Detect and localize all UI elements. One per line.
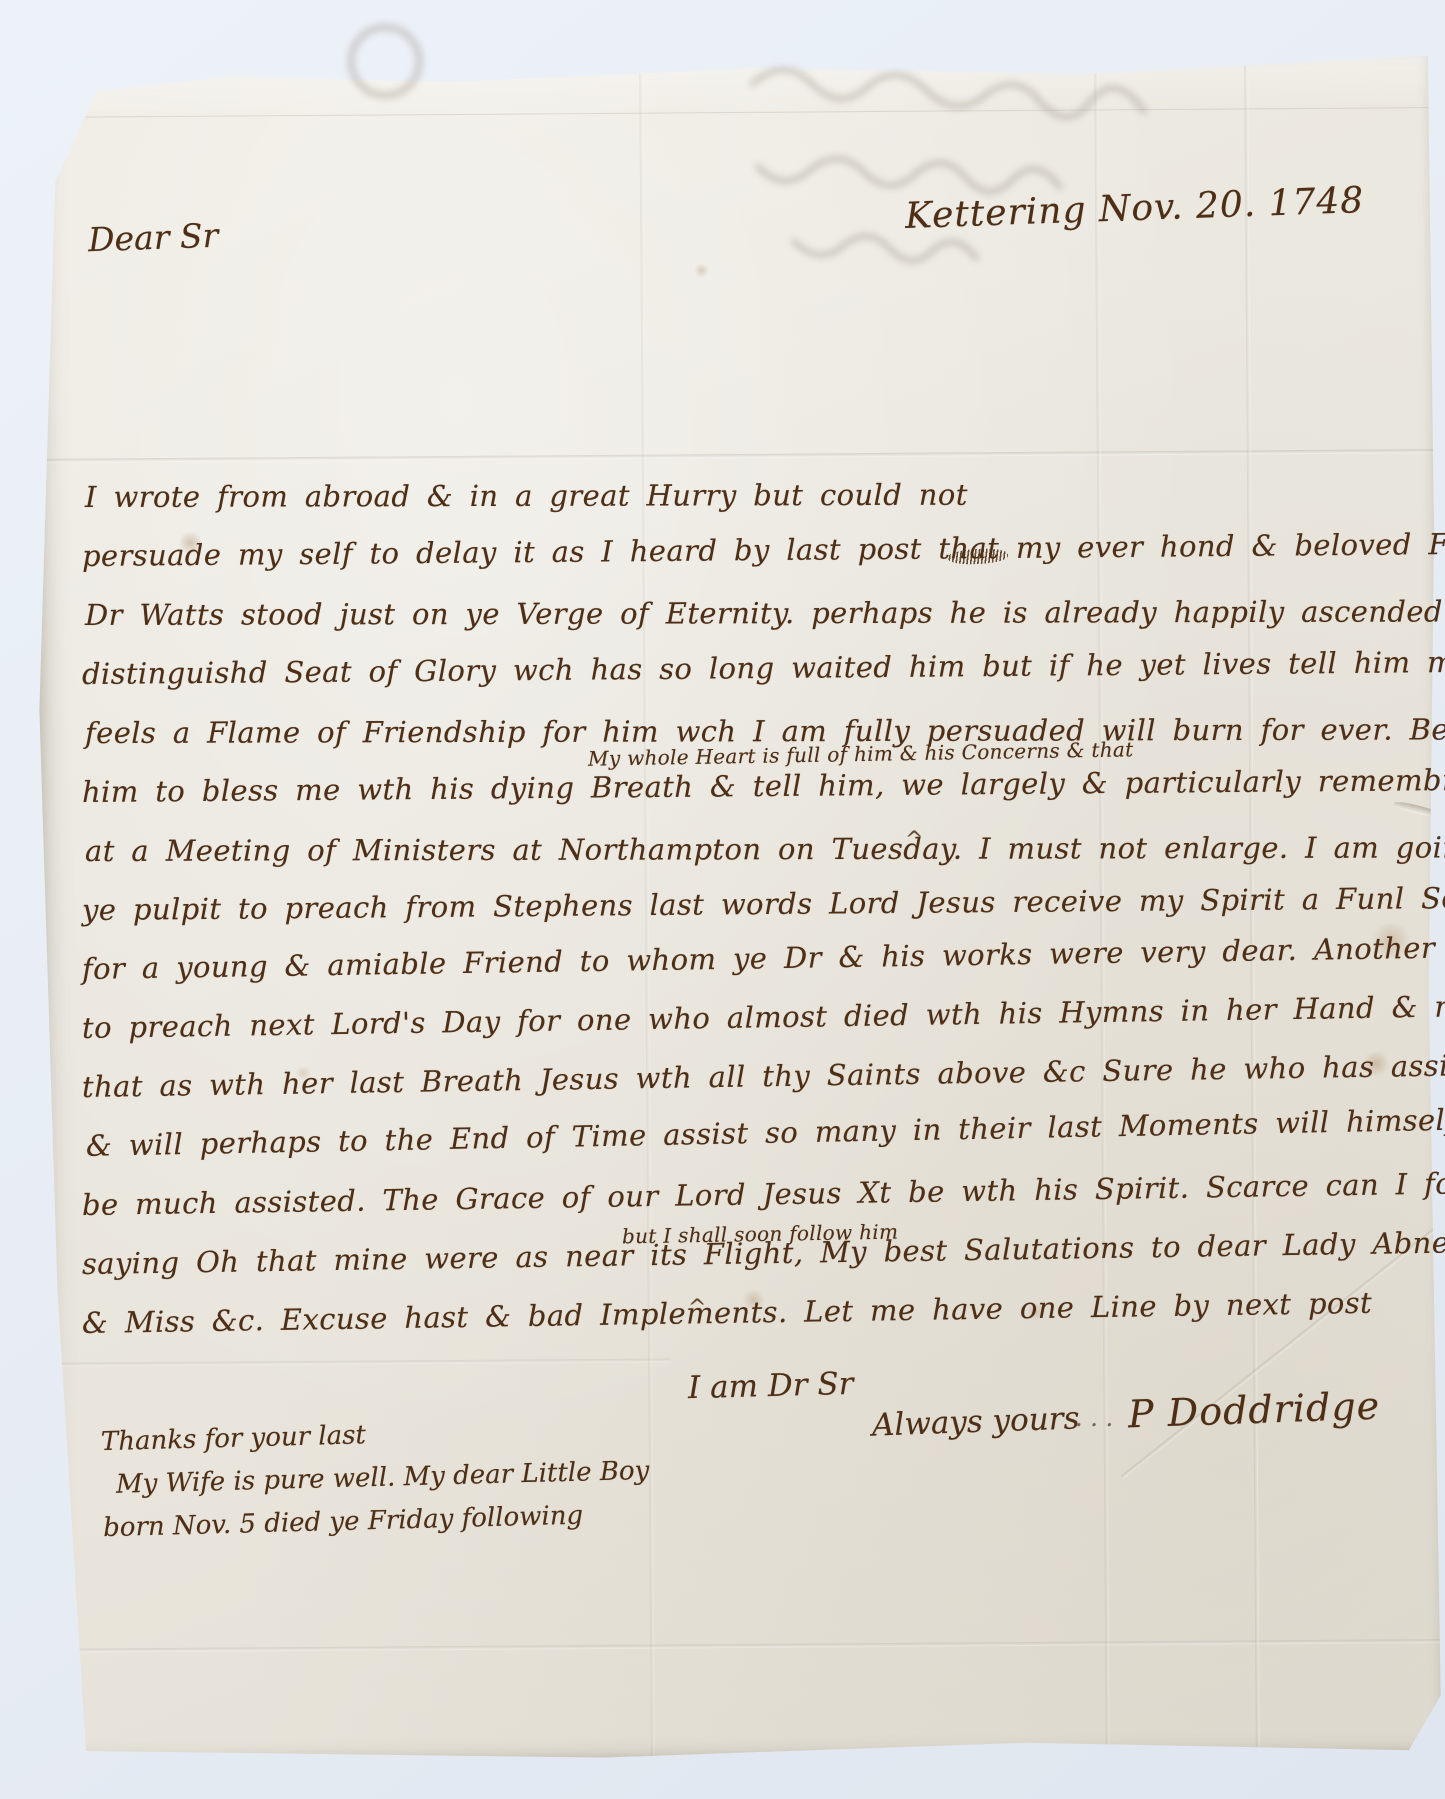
ink-dots: . . . bbox=[1075, 1404, 1113, 1432]
body-line: distinguishd Seat of Glory wch has so lo… bbox=[82, 633, 1430, 704]
signature: P Doddridge bbox=[1127, 1384, 1380, 1437]
valediction: Always yours bbox=[871, 1400, 1080, 1443]
insertion-caret: ^ bbox=[688, 1296, 706, 1321]
postscript: Thanks for your lastMy Wife is pure well… bbox=[100, 1407, 651, 1550]
letter-body: I wrote from abroad & in a great Hurry b… bbox=[82, 468, 1430, 1353]
foxing-spot bbox=[1437, 1548, 1445, 1566]
body-line: persuade my self to delay it as I heard … bbox=[82, 515, 1430, 586]
insertion-caret: ^ bbox=[905, 828, 923, 853]
interline-insertion: but I shall soon follow him bbox=[622, 1220, 899, 1249]
salutation: Dear Sr bbox=[87, 216, 219, 260]
fold-crease-horizontal bbox=[43, 1639, 1443, 1653]
fold-crease-horizontal bbox=[41, 1358, 671, 1366]
photo-background: { "colors": { "background": "#e8edf5", "… bbox=[0, 0, 1445, 1799]
closing-line: I am Dr Sr bbox=[688, 1366, 854, 1406]
show-through-ink bbox=[293, 0, 1187, 343]
fold-crease-horizontal bbox=[35, 449, 1435, 463]
